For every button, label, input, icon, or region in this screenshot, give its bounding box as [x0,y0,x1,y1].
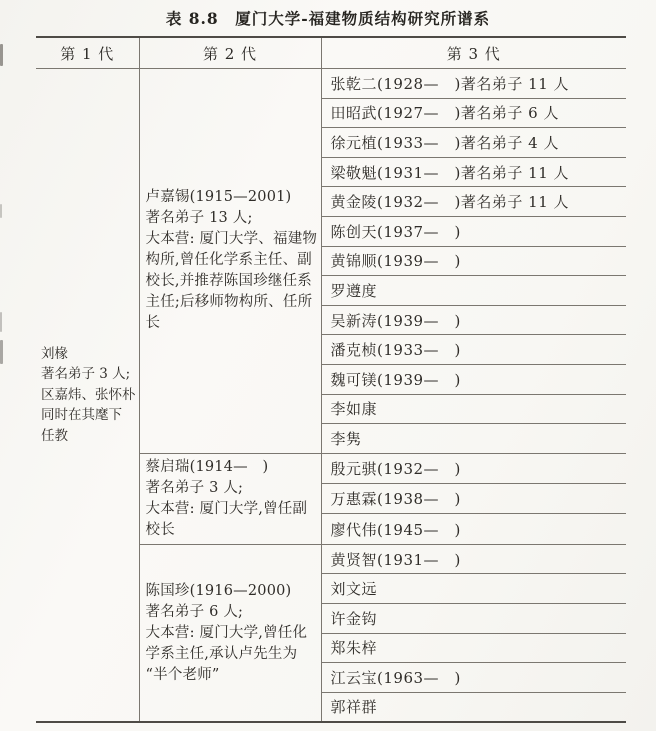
gen3-cell: 殷元骐(1932— ) [321,453,626,483]
header-generation-2: 第 2 代 [139,37,321,69]
table-title: 表 8.8 厦门大学-福建物质结构研究所谱系 [0,7,656,29]
gen3-cell: 罗遵度 [321,276,626,306]
gen3-cell: 刘文远 [321,574,626,604]
scan-artifact [0,204,2,218]
header-row: 第 1 代 第 2 代 第 3 代 [36,37,626,69]
gen3-cell: 陈创天(1937— ) [321,216,626,246]
gen2-cell-cai-qirui: 蔡启瑞(1914— ) 著名弟子 3 人; 大本营: 厦门大学,曾任副 校长 [139,453,321,544]
gen3-cell: 张乾二(1928— )著名弟子 11 人 [321,69,626,99]
gen3-cell: 郑朱梓 [321,633,626,663]
gen3-cell: 田昭武(1927— )著名弟子 6 人 [321,98,626,128]
header-generation-3: 第 3 代 [321,37,626,69]
gen3-cell: 魏可镁(1939— ) [321,364,626,394]
gen3-cell: 李如康 [321,394,626,424]
scan-artifact [0,44,3,66]
gen3-cell: 廖代伟(1945— ) [321,514,626,544]
scanned-book-page: 表 8.8 厦门大学-福建物质结构研究所谱系 第 1 代 第 2 代 第 3 代… [0,0,656,731]
gen3-cell: 郭祥群 [321,692,626,722]
table-row: 刘椽 著名弟子 3 人; 区嘉炜、张怀朴 同时在其麾下 任教 卢嘉锡(1915—… [36,69,626,99]
gen3-cell: 梁敬魁(1931— )著名弟子 11 人 [321,157,626,187]
gen3-cell: 徐元植(1933— )著名弟子 4 人 [321,128,626,158]
gen3-cell: 黄贤智(1931— ) [321,544,626,574]
gen3-cell: 李隽 [321,424,626,454]
gen2-cell-chen-guozhen: 陈国珍(1916—2000) 著名弟子 6 人; 大本营: 厦门大学,曾任化 学… [139,544,321,722]
gen3-cell: 万惠霖(1938— ) [321,484,626,514]
gen3-cell: 吴新涛(1939— ) [321,305,626,335]
genealogy-table: 第 1 代 第 2 代 第 3 代 刘椽 著名弟子 3 人; 区嘉炜、张怀朴 同… [36,36,626,723]
gen3-cell: 黄金陵(1932— )著名弟子 11 人 [321,187,626,217]
gen3-cell: 黄锦顺(1939— ) [321,246,626,276]
gen2-cell-lu-jiaxi: 卢嘉锡(1915—2001) 著名弟子 13 人; 大本营: 厦门大学、福建物 … [139,69,321,454]
gen3-cell: 江云宝(1963— ) [321,663,626,693]
scan-artifact [0,340,3,364]
scan-artifact [0,312,2,332]
gen3-cell: 潘克桢(1933— ) [321,335,626,365]
gen3-cell: 许金钩 [321,603,626,633]
gen1-cell-liu-chuan: 刘椽 著名弟子 3 人; 区嘉炜、张怀朴 同时在其麾下 任教 [36,69,139,723]
header-generation-1: 第 1 代 [36,37,139,69]
